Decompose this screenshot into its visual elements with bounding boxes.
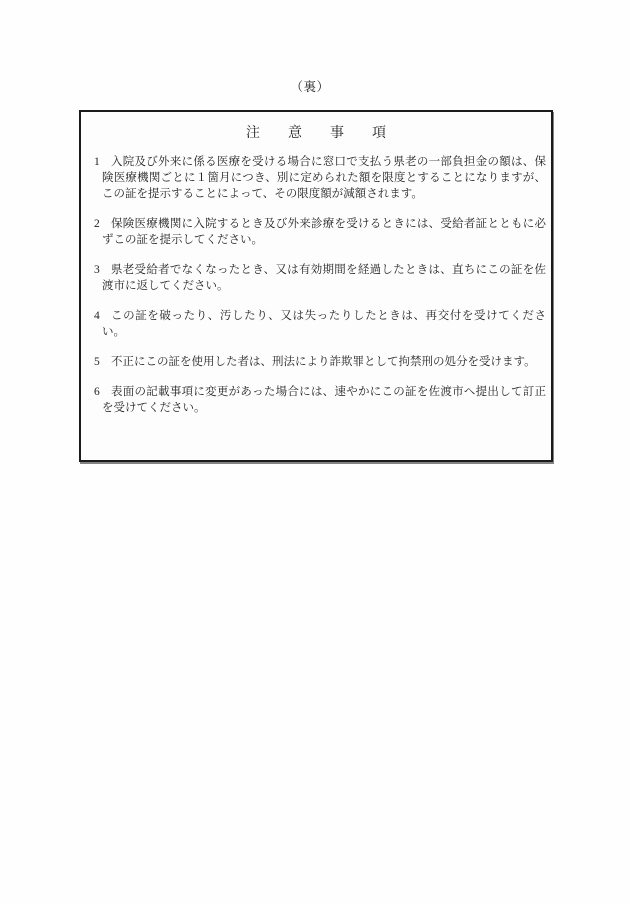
item-text: 不正にこの証を使用した者は、刑法により詐欺罪として拘禁刑の処分を受けます。	[111, 356, 536, 368]
item-number: 3	[94, 262, 100, 278]
item-number: 1	[94, 154, 100, 170]
document-page: { "page": { "side_label": "（裏）" }, "noti…	[0, 0, 630, 903]
item-text: 保険医療機関に入院するとき及び外来診療を受けるときには、受給者証とともに必ずこの…	[102, 218, 546, 246]
notice-item: 6 表面の記載事項に変更があった場合には、速やかにこの証を佐渡市へ提出して訂正を…	[102, 384, 546, 416]
page-side-label: （裏）	[0, 77, 620, 95]
notice-item: 5 不正にこの証を使用した者は、刑法により詐欺罪として拘禁刑の処分を受けます。	[102, 354, 546, 370]
notice-item: 3 県老受給者でなくなったとき、又は有効期間を経過したときは、直ちにこの証を佐渡…	[102, 262, 546, 294]
notice-item: 4 この証を破ったり、汚したり、又は失ったりしたときは、再交付を受けてください。	[102, 308, 546, 340]
item-number: 4	[94, 308, 100, 324]
item-text: 入院及び外来に係る医療を受ける場合に窓口で支払う県老の一部負担金の額は、保険医療…	[102, 156, 546, 200]
item-number: 6	[94, 384, 100, 400]
notice-items: 1 入院及び外来に係る医療を受ける場合に窓口で支払う県老の一部負担金の額は、保険…	[81, 154, 551, 416]
item-text: この証を破ったり、汚したり、又は失ったりしたときは、再交付を受けてください。	[102, 310, 546, 338]
item-number: 2	[94, 216, 100, 232]
notice-title: 注 意 事 項	[81, 126, 551, 142]
notice-box: 注 意 事 項 1 入院及び外来に係る医療を受ける場合に窓口で支払う県老の一部負…	[79, 110, 553, 462]
item-text: 県老受給者でなくなったとき、又は有効期間を経過したときは、直ちにこの証を佐渡市に…	[102, 264, 546, 292]
notice-item: 1 入院及び外来に係る医療を受ける場合に窓口で支払う県老の一部負担金の額は、保険…	[102, 154, 546, 202]
item-number: 5	[94, 354, 100, 370]
notice-item: 2 保険医療機関に入院するとき及び外来診療を受けるときには、受給者証とともに必ず…	[102, 216, 546, 248]
item-text: 表面の記載事項に変更があった場合には、速やかにこの証を佐渡市へ提出して訂正を受け…	[102, 386, 546, 414]
